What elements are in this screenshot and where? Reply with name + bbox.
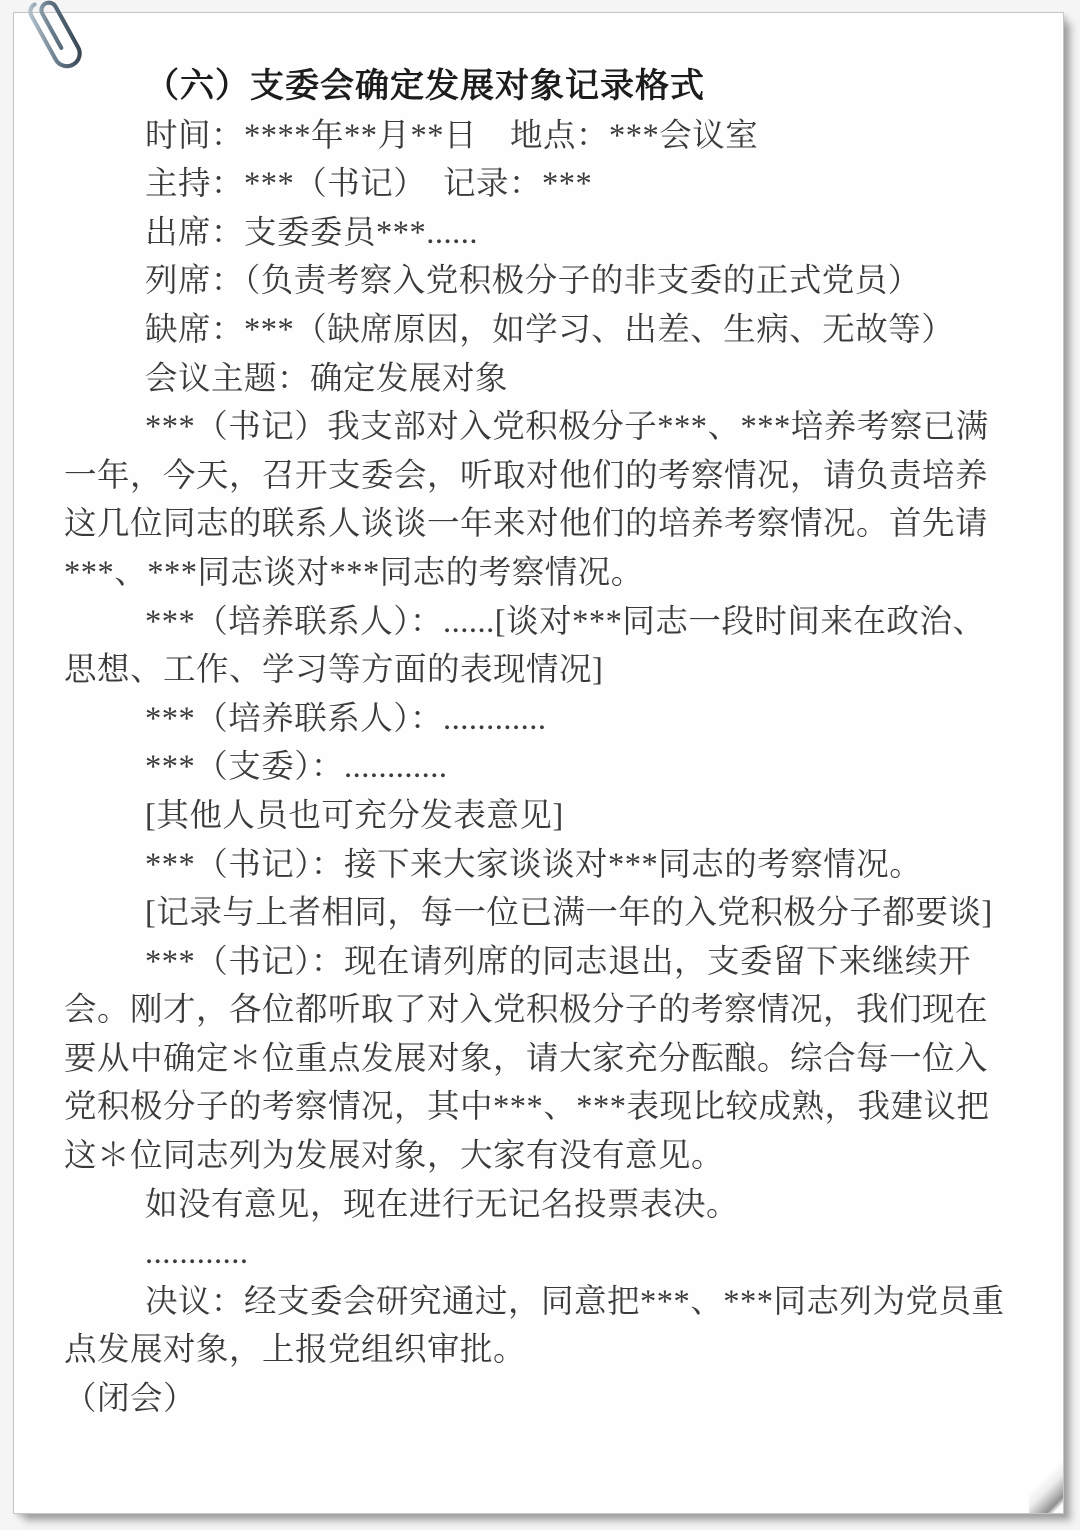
text-line: 要从中确定＊位重点发展对象，请大家充分酝酿。综合每一位入: [64, 1035, 1046, 1084]
text-line: ***（培养联系人）：............: [64, 695, 1046, 744]
text-line: 出席：支委委员***......: [64, 209, 1046, 258]
text-line: 主持：***（书记） 记录：***: [64, 160, 1046, 209]
text-line: 如没有意见，现在进行无记名投票表决。: [64, 1181, 1046, 1230]
text-line: 列席：（负责考察入党积极分子的非支委的正式党员）: [64, 257, 1046, 306]
text-line: 党积极分子的考察情况，其中***、***表现比较成熟，我建议把: [64, 1083, 1046, 1132]
text-line: [其他人员也可充分发表意见]: [64, 792, 1046, 841]
text-line: 会。刚才，各位都听取了对入党积极分子的考察情况，我们现在: [64, 986, 1046, 1035]
text-line: 时间：****年**月**日 地点：***会议室: [64, 112, 1046, 161]
text-line: ***（培养联系人）：......[谈对***同志一段时间来在政治、: [64, 598, 1046, 647]
text-line: 点发展对象，上报党组织审批。: [64, 1326, 1046, 1375]
text-line: （闭会）: [64, 1375, 1046, 1424]
document-content: （六）支委会确定发展对象记录格式 时间：****年**月**日 地点：***会议…: [64, 63, 1046, 1424]
text-line: ***（支委）：............: [64, 743, 1046, 792]
text-line: 这＊位同志列为发展对象，大家有没有意见。: [64, 1132, 1046, 1181]
text-line: 一年，今天，召开支委会，听取对他们的考察情况，请负责培养: [64, 452, 1046, 501]
text-line: 思想、工作、学习等方面的表现情况]: [64, 646, 1046, 695]
text-line: 缺席：***（缺席原因，如学习、出差、生病、无故等）: [64, 306, 1046, 355]
text-line: ***（书记）：接下来大家谈谈对***同志的考察情况。: [64, 841, 1046, 890]
text-line: ***（书记）：现在请列席的同志退出，支委留下来继续开: [64, 938, 1046, 987]
paper-sheet: （六）支委会确定发展对象记录格式 时间：****年**月**日 地点：***会议…: [13, 12, 1064, 1514]
text-line: 这几位同志的联系人谈谈一年来对他们的培养考察情况。首先请: [64, 500, 1046, 549]
text-line: 决议：经支委会研究通过，同意把***、***同志列为党员重: [64, 1278, 1046, 1327]
page-curl-decoration: [1029, 1455, 1063, 1513]
document-title: （六）支委会确定发展对象记录格式: [64, 63, 1046, 112]
text-line: [记录与上者相同，每一位已满一年的入党积极分子都要谈]: [64, 889, 1046, 938]
text-line: ***（书记）我支部对入党积极分子***、***培养考察已满: [64, 403, 1046, 452]
text-line: ............: [64, 1229, 1046, 1278]
text-line: ***、***同志谈对***同志的考察情况。: [64, 549, 1046, 598]
page-background: （六）支委会确定发展对象记录格式 时间：****年**月**日 地点：***会议…: [0, 0, 1080, 1530]
text-line: 会议主题：确定发展对象: [64, 355, 1046, 404]
document-body: 时间：****年**月**日 地点：***会议室主持：***（书记） 记录：**…: [64, 112, 1046, 1424]
